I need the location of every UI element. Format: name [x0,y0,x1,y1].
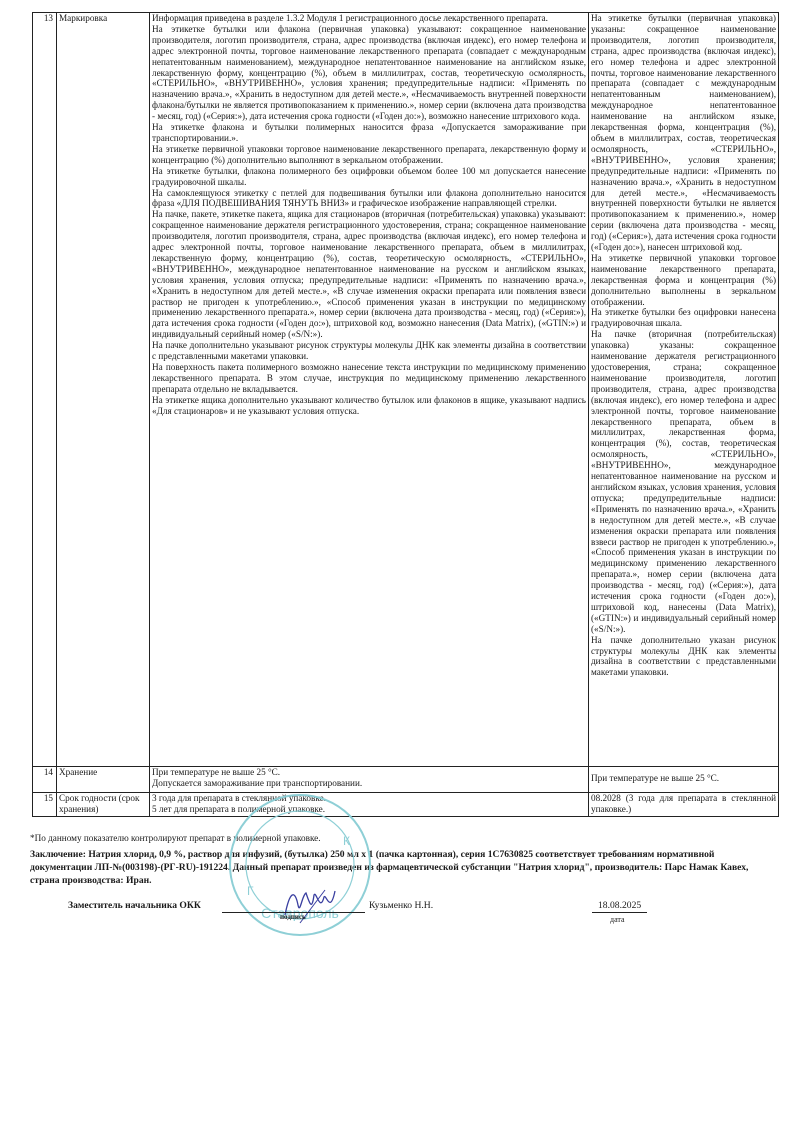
row-parameter: Маркировка [57,13,150,767]
signer-role: Заместитель начальника ОКК [68,900,201,911]
table-row-13: 13 Маркировка Информация приведена в раз… [33,13,779,767]
result-paragraph: 08.2028 (3 года для препарата в стеклянн… [591,793,776,815]
requirement-paragraph: Информация приведена в разделе 1.3.2 Мод… [152,13,586,24]
requirement-paragraph: При температуре не выше 25 °С. [152,767,586,778]
result-paragraph: На пачке (вторичная (потребительская) уп… [591,329,776,634]
conclusion-label: Заключение: [30,849,86,860]
requirement-paragraph: Допускается замораживание при транспорти… [152,778,586,789]
signer-name: Кузьменко Н.Н. [369,900,433,911]
conclusion-text: Натрия хлорид, 0,9 %, раствор для инфузи… [30,849,748,886]
svg-text:К: К [343,834,350,848]
requirement-paragraph: На этикетке бутылки или флакона (первичн… [152,24,586,122]
requirement-paragraph: На пачке дополнительно указывают рисунок… [152,340,586,362]
quality-table: 13 Маркировка Информация приведена в раз… [32,12,779,817]
requirement-paragraph: На пачке, пакете, этикетке пакета, ящика… [152,209,586,340]
requirement-paragraph: На этикетке бутылки, флакона полимерного… [152,166,586,188]
date-caption: дата [610,915,625,924]
result-paragraph: На пачке дополнительно указан рисунок ст… [591,635,776,679]
result-paragraph: На этикетке первичной упаковки торговое … [591,253,776,308]
requirement-paragraph: На поверхность пакета полимерного возмож… [152,362,586,395]
row-result: При температуре не выше 25 °С. [589,767,779,793]
row-requirement: При температуре не выше 25 °С. Допускает… [150,767,589,793]
row-number: 15 [33,793,57,817]
row-number: 13 [33,13,57,767]
signature-date: 18.08.2025 [598,900,641,911]
svg-text:Г: Г [247,884,254,898]
row-result: 08.2028 (3 года для препарата в стеклянн… [589,793,779,817]
row-number: 14 [33,767,57,793]
table-row-14: 14 Хранение При температуре не выше 25 °… [33,767,779,793]
date-line [592,912,647,913]
result-paragraph: При температуре не выше 25 °С. [591,773,776,784]
requirement-paragraph: На этикетке ящика дополнительно указываю… [152,395,586,417]
row-requirement: Информация приведена в разделе 1.3.2 Мод… [150,13,589,767]
row-parameter: Срок годности (срок хранения) [57,793,150,817]
requirement-paragraph: На этикетке флакона и бутылки полимерных… [152,122,586,144]
document-page: 13 Маркировка Информация приведена в раз… [0,0,794,1122]
row-result: На этикетке бутылки (первичная упаковка)… [589,13,779,767]
row-parameter: Хранение [57,767,150,793]
conclusion: Заключение: Натрия хлорид, 0,9 %, раство… [30,848,770,887]
table-row-15: 15 Срок годности (срок хранения) 3 года … [33,793,779,817]
signature-caption: подпись [280,913,306,921]
requirement-paragraph: На самоклеящуюся этикетку с петлей для п… [152,188,586,210]
requirement-paragraph: На этикетке первичной упаковки торговое … [152,144,586,166]
result-paragraph: На этикетке бутылки без оцифровки нанесе… [591,307,776,329]
result-paragraph: На этикетке бутылки (первичная упаковка)… [591,13,776,253]
